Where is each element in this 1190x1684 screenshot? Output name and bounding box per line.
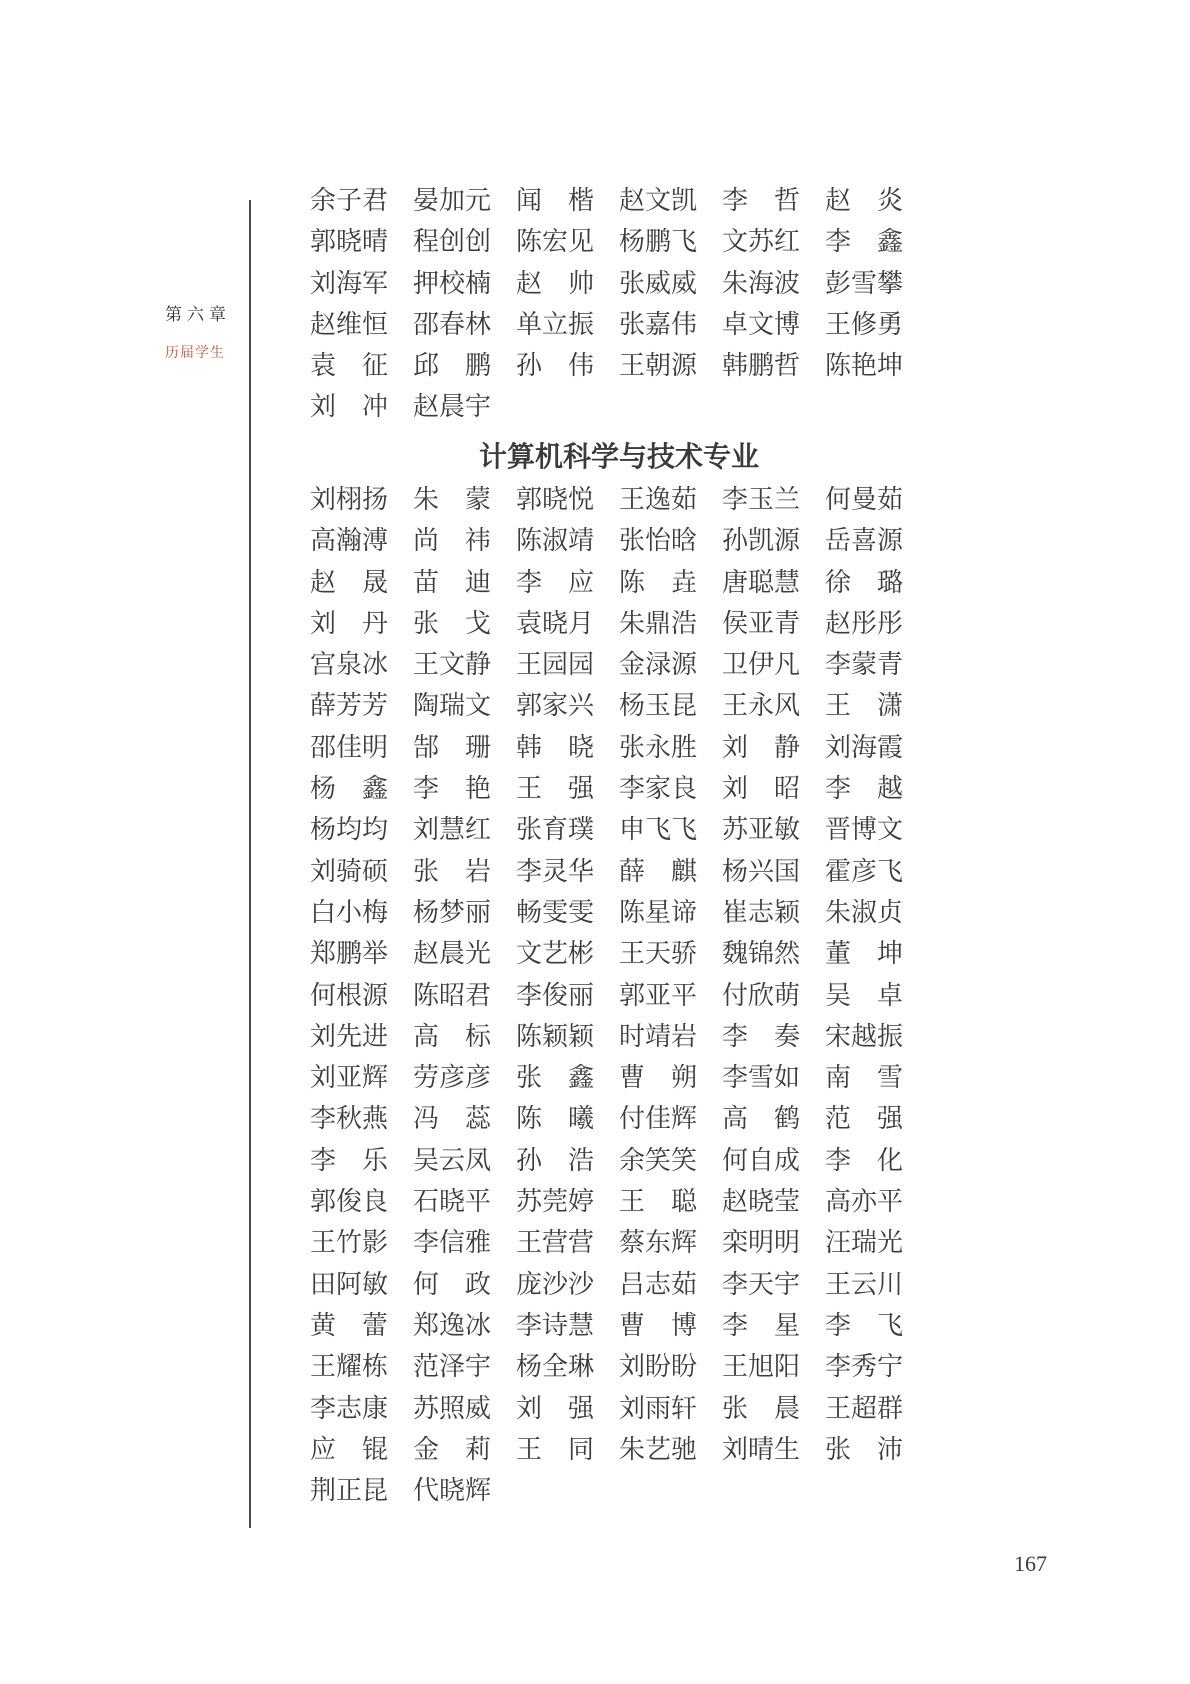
student-name: 侯亚青 [722, 603, 825, 644]
student-name: 李秋燕 [310, 1098, 413, 1139]
empty-cell [619, 386, 722, 427]
student-name: 岳喜源 [825, 520, 928, 561]
student-name: 刘 丹 [310, 603, 413, 644]
student-name: 张 沛 [825, 1429, 928, 1470]
chapter-title: 第六章 [165, 300, 245, 325]
page-number: 167 [1014, 1551, 1047, 1577]
student-name: 赵 帅 [516, 263, 619, 304]
student-name: 晋博文 [825, 809, 928, 850]
student-name: 杨全琳 [516, 1346, 619, 1387]
student-name: 冯 蕊 [413, 1098, 516, 1139]
student-name: 王云川 [825, 1264, 928, 1305]
student-name: 孙凯源 [722, 520, 825, 561]
student-name: 曹 朔 [619, 1057, 722, 1098]
student-name: 白小梅 [310, 892, 413, 933]
student-name: 杨梦丽 [413, 892, 516, 933]
student-name: 陈 曦 [516, 1098, 619, 1139]
student-name: 霍彦飞 [825, 851, 928, 892]
student-name: 张 鑫 [516, 1057, 619, 1098]
empty-cell [619, 1470, 722, 1511]
student-name: 李天宇 [722, 1264, 825, 1305]
student-name: 赵彤彤 [825, 603, 928, 644]
student-name: 杨玉昆 [619, 685, 722, 726]
student-name: 苏莞婷 [516, 1181, 619, 1222]
student-name: 何曼茹 [825, 479, 928, 520]
student-name: 张怡晗 [619, 520, 722, 561]
student-name: 尚 祎 [413, 520, 516, 561]
student-name: 押校楠 [413, 263, 516, 304]
student-name: 李志康 [310, 1388, 413, 1429]
empty-cell [825, 1470, 928, 1511]
student-name: 郑逸冰 [413, 1305, 516, 1346]
student-name: 时靖岩 [619, 1016, 722, 1057]
student-name: 李 鑫 [825, 221, 928, 262]
student-name: 汪瑞光 [825, 1222, 928, 1263]
student-name: 苏亚敏 [722, 809, 825, 850]
student-name: 刘海军 [310, 263, 413, 304]
student-name: 刘 冲 [310, 386, 413, 427]
student-name: 李 艳 [413, 768, 516, 809]
major-section-heading: 计算机科学与技术专业 [310, 437, 928, 478]
student-name: 杨 鑫 [310, 768, 413, 809]
student-name: 吴 卓 [825, 975, 928, 1016]
student-name: 杨鹏飞 [619, 221, 722, 262]
student-name: 薛芳芳 [310, 685, 413, 726]
student-name: 王 强 [516, 768, 619, 809]
student-name: 朱淑贞 [825, 892, 928, 933]
student-name: 余子君 [310, 180, 413, 221]
student-name: 宫泉冰 [310, 644, 413, 685]
student-name: 杨兴国 [722, 851, 825, 892]
student-name: 劳彦彦 [413, 1057, 516, 1098]
student-name: 陈星谛 [619, 892, 722, 933]
student-name: 李 化 [825, 1140, 928, 1181]
student-name: 王 同 [516, 1429, 619, 1470]
student-name: 石晓平 [413, 1181, 516, 1222]
student-name: 陈颖颖 [516, 1016, 619, 1057]
student-name: 荆正昆 [310, 1470, 413, 1511]
student-name: 刘雨轩 [619, 1388, 722, 1429]
student-name: 李蒙青 [825, 644, 928, 685]
student-name: 程创创 [413, 221, 516, 262]
student-name: 何 政 [413, 1264, 516, 1305]
student-name: 付欣萌 [722, 975, 825, 1016]
student-name: 董 坤 [825, 933, 928, 974]
student-name: 黄 蕾 [310, 1305, 413, 1346]
student-name: 高 鹤 [722, 1098, 825, 1139]
student-name: 王营营 [516, 1222, 619, 1263]
margin-divider-rule [249, 200, 251, 1528]
student-name: 王竹影 [310, 1222, 413, 1263]
student-name: 郭亚平 [619, 975, 722, 1016]
student-name: 单立振 [516, 304, 619, 345]
student-name: 朱鼎浩 [619, 603, 722, 644]
student-name: 王 潇 [825, 685, 928, 726]
student-name: 张永胜 [619, 727, 722, 768]
student-name: 李玉兰 [722, 479, 825, 520]
student-name: 郜 珊 [413, 727, 516, 768]
student-name: 付佳辉 [619, 1098, 722, 1139]
student-name: 郭晓悦 [516, 479, 619, 520]
book-page: 第六章 历届学生 余子君晏加元闻 楷赵文凯李 哲赵 炎郭晓晴程创创陈宏见杨鹏飞文… [0, 0, 1190, 1684]
student-name: 朱海波 [722, 263, 825, 304]
student-name: 栾明明 [722, 1222, 825, 1263]
empty-cell [722, 386, 825, 427]
student-name: 吕志茹 [619, 1264, 722, 1305]
student-name: 唐聪慧 [722, 562, 825, 603]
student-name: 高亦平 [825, 1181, 928, 1222]
student-name: 赵维恒 [310, 304, 413, 345]
student-name: 王 聪 [619, 1181, 722, 1222]
student-name: 李雪如 [722, 1057, 825, 1098]
student-name: 金渌源 [619, 644, 722, 685]
student-name: 崔志颖 [722, 892, 825, 933]
student-name: 赵文凯 [619, 180, 722, 221]
student-name: 韩 晓 [516, 727, 619, 768]
student-name: 张威威 [619, 263, 722, 304]
student-name: 李家良 [619, 768, 722, 809]
student-name: 陈淑靖 [516, 520, 619, 561]
student-name: 王天骄 [619, 933, 722, 974]
student-name: 晏加元 [413, 180, 516, 221]
student-name: 王修勇 [825, 304, 928, 345]
student-name: 应 锟 [310, 1429, 413, 1470]
student-name: 田阿敏 [310, 1264, 413, 1305]
student-name: 畅雯雯 [516, 892, 619, 933]
student-name: 李 应 [516, 562, 619, 603]
student-name: 高 标 [413, 1016, 516, 1057]
student-name: 王超群 [825, 1388, 928, 1429]
student-name: 孙 伟 [516, 345, 619, 386]
student-name: 李 星 [722, 1305, 825, 1346]
student-name: 刘栩扬 [310, 479, 413, 520]
student-name: 刘慧红 [413, 809, 516, 850]
student-name: 张嘉伟 [619, 304, 722, 345]
student-name: 刘先进 [310, 1016, 413, 1057]
empty-cell [722, 1470, 825, 1511]
student-name: 张育璞 [516, 809, 619, 850]
student-name: 王耀栋 [310, 1346, 413, 1387]
student-name: 范 强 [825, 1098, 928, 1139]
chapter-sidebar: 第六章 历届学生 [165, 300, 245, 362]
student-name: 王园园 [516, 644, 619, 685]
student-name: 苗 迪 [413, 562, 516, 603]
student-name: 孙 浩 [516, 1140, 619, 1181]
student-name: 李 奏 [722, 1016, 825, 1057]
student-name: 李 哲 [722, 180, 825, 221]
student-name: 王旭阳 [722, 1346, 825, 1387]
empty-cell [516, 1470, 619, 1511]
student-name: 高瀚溥 [310, 520, 413, 561]
student-name: 刘 静 [722, 727, 825, 768]
student-name: 陈昭君 [413, 975, 516, 1016]
student-name: 卓文博 [722, 304, 825, 345]
student-name: 刘 昭 [722, 768, 825, 809]
student-name: 徐 璐 [825, 562, 928, 603]
student-name: 赵 炎 [825, 180, 928, 221]
student-name: 申飞飞 [619, 809, 722, 850]
student-name: 庞沙沙 [516, 1264, 619, 1305]
student-name: 李灵华 [516, 851, 619, 892]
chapter-subtitle: 历届学生 [165, 342, 245, 362]
student-name: 陶瑞文 [413, 685, 516, 726]
student-name: 郭家兴 [516, 685, 619, 726]
student-name: 宋越振 [825, 1016, 928, 1057]
student-name: 王逸茹 [619, 479, 722, 520]
student-name: 刘盼盼 [619, 1346, 722, 1387]
student-name: 李 越 [825, 768, 928, 809]
student-name: 苏照威 [413, 1388, 516, 1429]
student-name: 张 岩 [413, 851, 516, 892]
student-name: 邱 鹏 [413, 345, 516, 386]
student-name: 魏锦然 [722, 933, 825, 974]
student-name: 吴云凤 [413, 1140, 516, 1181]
student-name: 陈艳坤 [825, 345, 928, 386]
student-name: 张 晨 [722, 1388, 825, 1429]
student-name: 南 雪 [825, 1057, 928, 1098]
empty-cell [516, 386, 619, 427]
student-name: 刘骑硕 [310, 851, 413, 892]
student-name: 杨均均 [310, 809, 413, 850]
student-name: 卫伊凡 [722, 644, 825, 685]
student-name: 李 飞 [825, 1305, 928, 1346]
student-name: 何自成 [722, 1140, 825, 1181]
student-name: 余笑笑 [619, 1140, 722, 1181]
student-name: 袁晓月 [516, 603, 619, 644]
student-name: 郭俊良 [310, 1181, 413, 1222]
student-name: 郭晓晴 [310, 221, 413, 262]
student-name: 邵佳明 [310, 727, 413, 768]
student-name: 薛 麒 [619, 851, 722, 892]
student-name: 曹 博 [619, 1305, 722, 1346]
student-name: 王永风 [722, 685, 825, 726]
student-name: 陈宏见 [516, 221, 619, 262]
student-name: 朱 蒙 [413, 479, 516, 520]
student-name: 王文静 [413, 644, 516, 685]
empty-cell [825, 386, 928, 427]
student-name: 李 乐 [310, 1140, 413, 1181]
student-name: 文苏红 [722, 221, 825, 262]
student-name: 李秀宁 [825, 1346, 928, 1387]
student-name: 郑鹏举 [310, 933, 413, 974]
student-name: 陈 垚 [619, 562, 722, 603]
student-name: 金 莉 [413, 1429, 516, 1470]
student-name-list-previous: 余子君晏加元闻 楷赵文凯李 哲赵 炎郭晓晴程创创陈宏见杨鹏飞文苏红李 鑫刘海军押… [310, 180, 928, 428]
student-name: 赵 晟 [310, 562, 413, 603]
student-name: 刘海霞 [825, 727, 928, 768]
student-name: 韩鹏哲 [722, 345, 825, 386]
student-name: 王朝源 [619, 345, 722, 386]
student-name: 刘亚辉 [310, 1057, 413, 1098]
student-name: 赵晨光 [413, 933, 516, 974]
student-name: 何根源 [310, 975, 413, 1016]
student-name: 邵春林 [413, 304, 516, 345]
student-name: 李俊丽 [516, 975, 619, 1016]
student-name: 赵晨宇 [413, 386, 516, 427]
student-name: 代晓辉 [413, 1470, 516, 1511]
student-name-list-cs-major: 刘栩扬朱 蒙郭晓悦王逸茹李玉兰何曼茹高瀚溥尚 祎陈淑靖张怡晗孙凯源岳喜源赵 晟苗… [310, 479, 928, 1511]
student-name: 文艺彬 [516, 933, 619, 974]
student-name: 袁 征 [310, 345, 413, 386]
student-name: 蔡东辉 [619, 1222, 722, 1263]
student-name: 刘晴生 [722, 1429, 825, 1470]
student-name: 朱艺驰 [619, 1429, 722, 1470]
student-name: 张 戈 [413, 603, 516, 644]
student-name: 李信雅 [413, 1222, 516, 1263]
student-name: 赵晓莹 [722, 1181, 825, 1222]
student-name: 李诗慧 [516, 1305, 619, 1346]
student-name: 刘 强 [516, 1388, 619, 1429]
student-name: 闻 楷 [516, 180, 619, 221]
student-name: 彭雪攀 [825, 263, 928, 304]
student-name: 范泽宇 [413, 1346, 516, 1387]
